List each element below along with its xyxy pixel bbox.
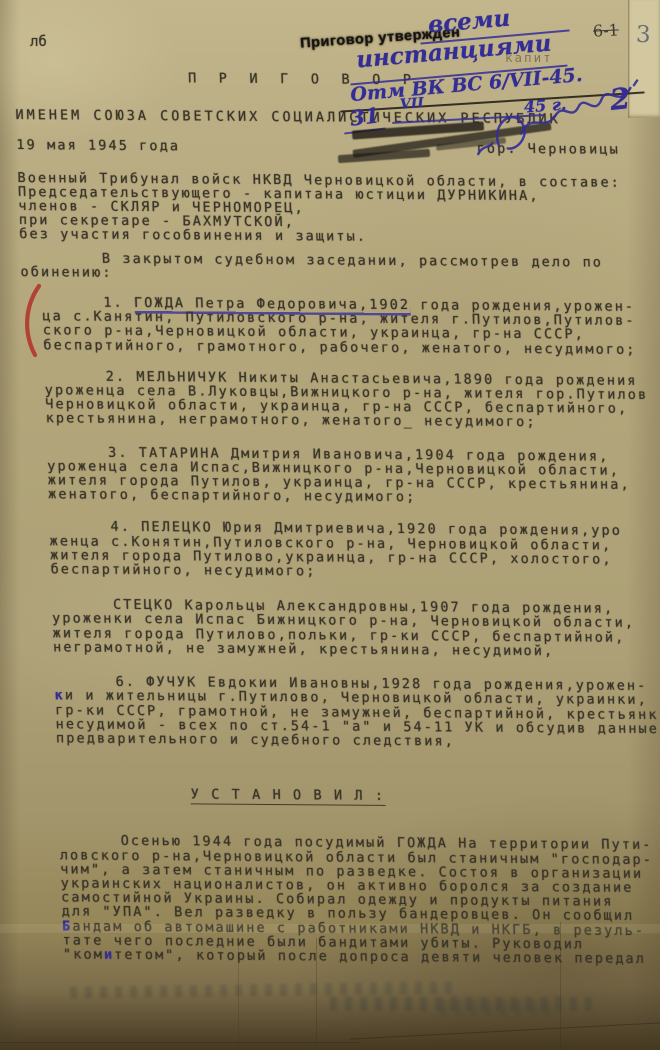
- fold-band: [0, 924, 660, 934]
- crease-line: [316, 938, 317, 1050]
- crease-line: [560, 922, 561, 1050]
- typed-body: П Р И Г О В О РИМЕНЕМ СОЮЗА СОВЕТСКИХ СО…: [14, 70, 660, 967]
- crease-line: [238, 940, 239, 1050]
- crease-line: [0, 1042, 360, 1043]
- handwritten-day: 31: [349, 102, 381, 130]
- scanned-document-page: П Р И Г О В О РИМЕНЕМ СОЮЗА СОВЕТСКИХ СО…: [0, 0, 660, 1050]
- document-line: "комитетом", который после допроса девят…: [42, 947, 660, 967]
- bleedthrough-smudge: [440, 1000, 550, 1016]
- pencil-page-number: 3: [636, 22, 652, 48]
- document-line: У С Т А Н О В И Л :: [37, 786, 660, 806]
- document-line: беспартийного, грамотного, рабочего, жен…: [23, 338, 660, 358]
- pencil-code: 6-1: [593, 20, 620, 40]
- margin-code-note: лб: [30, 34, 47, 50]
- crease-line: [350, 1021, 660, 1039]
- faint-typed-fragment: капит: [505, 50, 553, 65]
- red-margin-mark: [20, 282, 44, 360]
- handwritten-month: VII: [399, 95, 424, 113]
